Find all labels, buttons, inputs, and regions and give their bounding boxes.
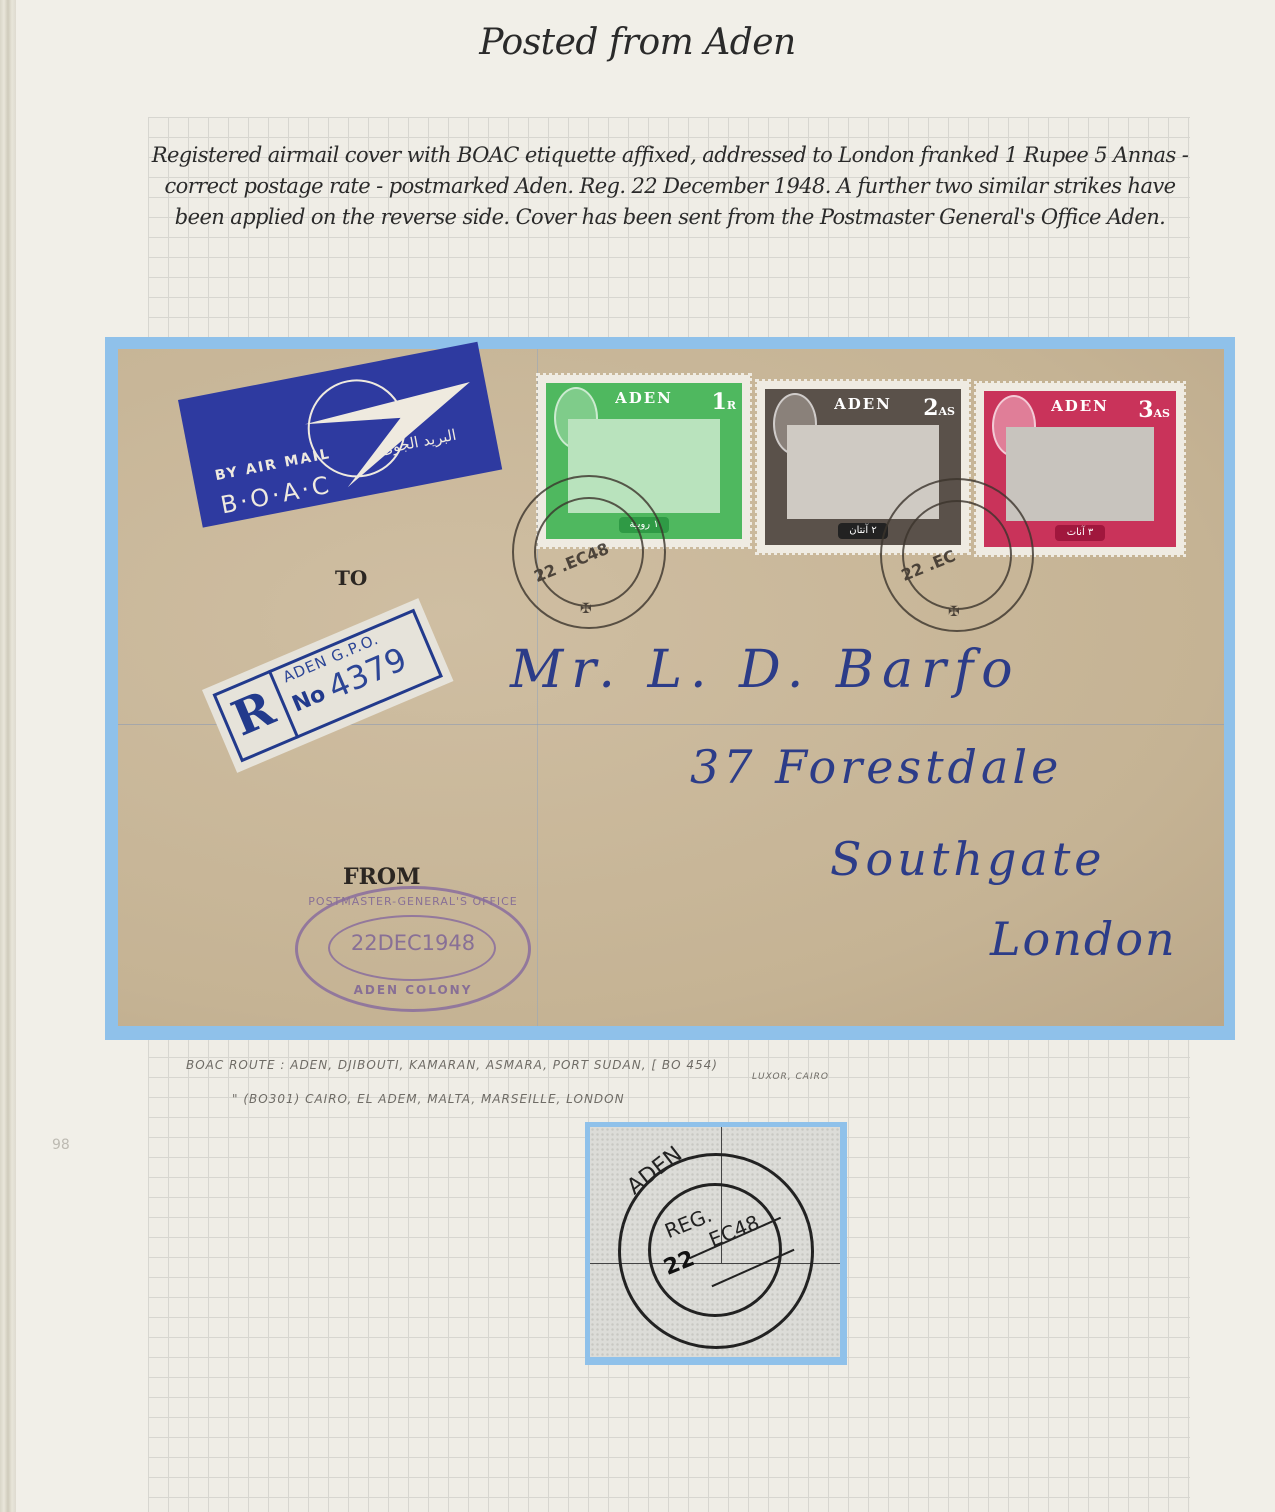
stamp-value-unit: AS [1154, 407, 1170, 420]
stamp-value-unit: AS [939, 405, 955, 418]
stamp-arabic-value: ٢ آنتان [838, 523, 888, 539]
postmark-cross-icon: ✠ [580, 601, 592, 617]
page-title: Posted from Aden [0, 22, 1275, 63]
cachet-colony-text: ADEN COLONY [298, 983, 528, 997]
cachet-date: 22DEC1948 [298, 931, 528, 955]
stamp-value: 3AS [1138, 397, 1170, 423]
stamp-value-unit: R [727, 399, 736, 412]
postmark-cross-icon: ✠ [948, 604, 960, 620]
postmaster-general-cachet: POSTMASTER-GENERAL'S OFFICE 22DEC1948 AD… [295, 886, 531, 1012]
address-city: London [990, 912, 1177, 966]
stamp-value-number: 1 [712, 389, 727, 415]
stamp-value-number: 2 [923, 395, 938, 421]
aden-postmark: 22 .EC ✠ [880, 478, 1034, 632]
margin-pencil-mark: 98 [52, 1137, 70, 1153]
address-district: Southgate [830, 832, 1106, 886]
route-note-line-2: " (BO301) CAIRO, EL ADEM, MALTA, MARSEIL… [232, 1092, 625, 1106]
ship-scene [1006, 427, 1154, 521]
postmark-inner-ring [902, 500, 1012, 610]
cachet-office-text: POSTMASTER-GENERAL'S OFFICE [298, 895, 528, 908]
aden-postmark: 22 .EC48 ✠ [512, 475, 666, 629]
address-street: 37 Forestdale [690, 740, 1062, 794]
addressee-name: Mr. L. D. Barfo [510, 640, 1021, 700]
stamp-value-number: 3 [1138, 397, 1153, 423]
stamp-value: 2AS [923, 395, 955, 421]
postmark-photo: ADEN REG. EC48 22 [590, 1127, 840, 1357]
stamp-value: 1R [712, 389, 736, 415]
page-description: Registered airmail cover with BOAC etiqu… [150, 140, 1190, 233]
route-note-line-1-sub: LUXOR, CAIRO [752, 1072, 829, 1082]
stamp-arabic-value: ٣ آنات [1055, 525, 1105, 541]
album-binding [0, 0, 16, 1512]
route-note-line-1: BOAC ROUTE : ADEN, DJIBOUTI, KAMARAN, AS… [186, 1058, 718, 1072]
to-label: TO [335, 566, 367, 590]
